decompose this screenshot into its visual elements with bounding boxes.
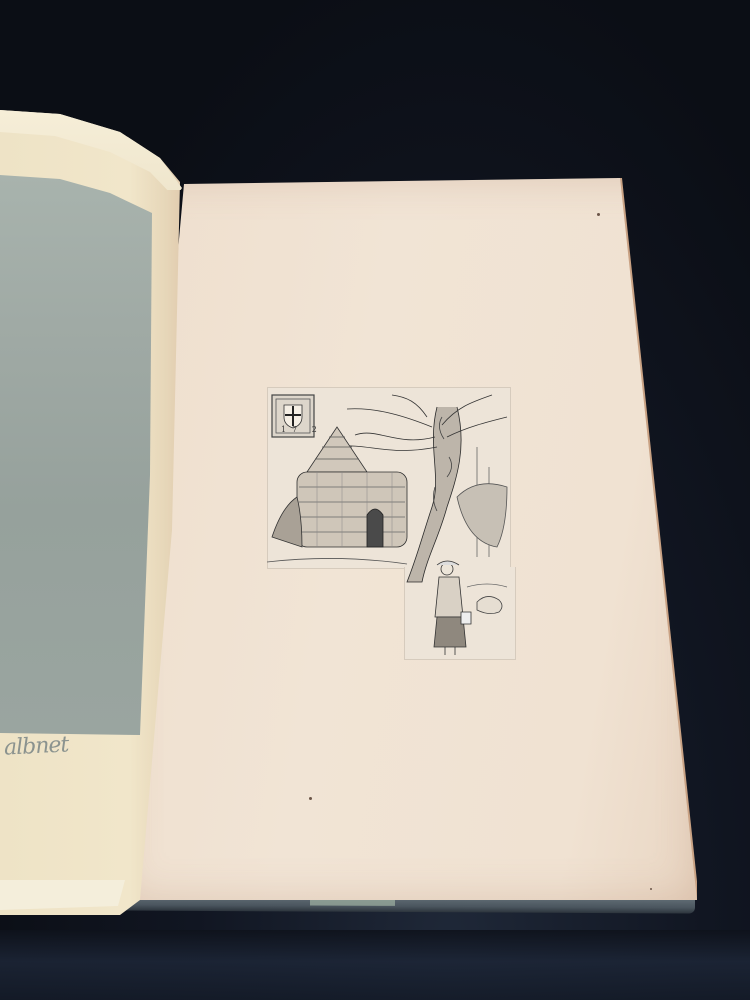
paper-speck [650, 888, 652, 890]
paper-speck [309, 797, 312, 800]
etching-illustration: 17 2 [267, 387, 512, 659]
left-page-plate-image [0, 175, 155, 735]
paper-speck [597, 213, 600, 216]
plate-signature: albnet [3, 732, 68, 760]
crest-date: 17 2 [281, 425, 323, 434]
left-page-bottom-edge [0, 880, 125, 910]
spine-label-strip [310, 899, 395, 905]
velvet-fold [0, 930, 750, 1000]
